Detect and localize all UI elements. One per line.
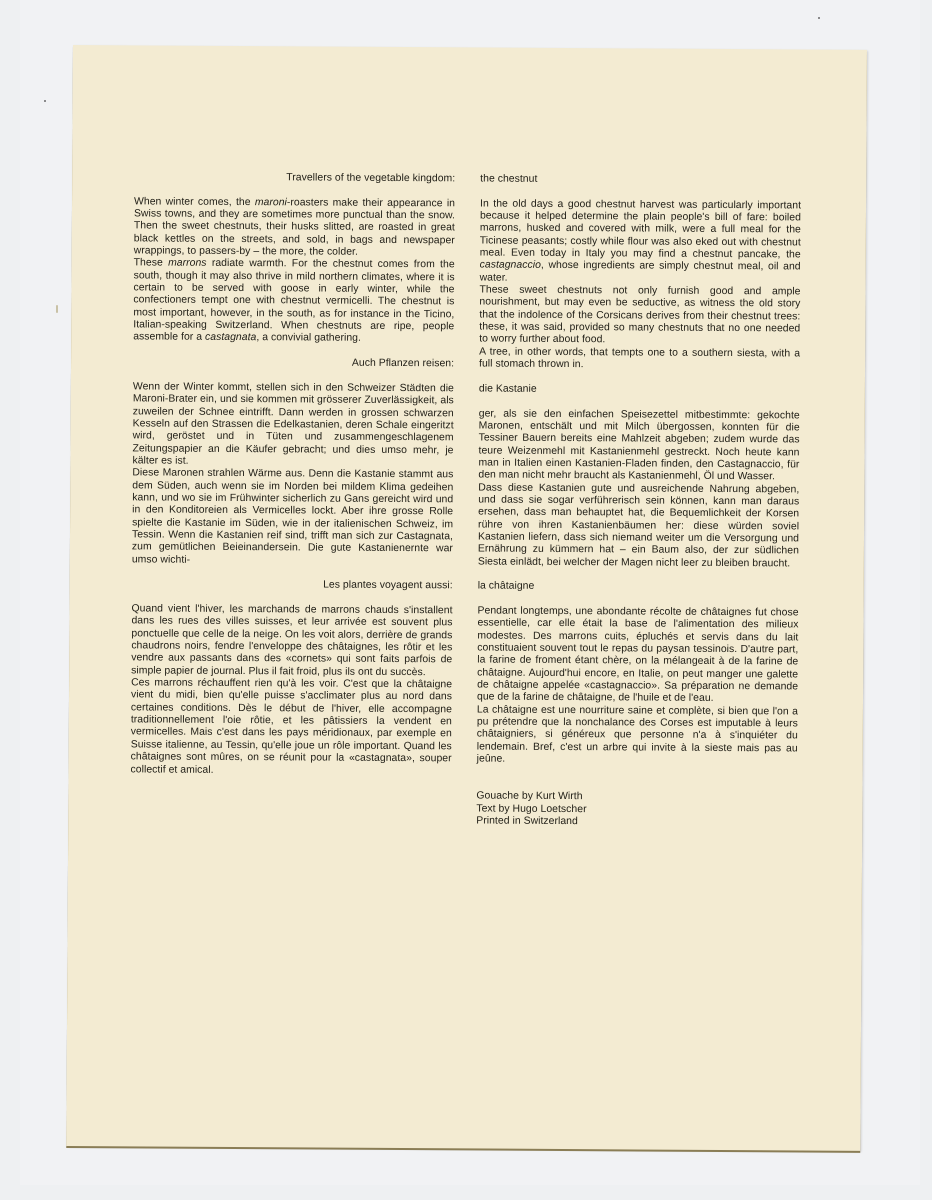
dust-speck	[44, 100, 46, 102]
italic-term: maroni	[255, 197, 287, 208]
italic-term: marrons	[168, 258, 207, 269]
paragraph: ger, als sie den einfachen Speisezettel …	[478, 408, 799, 484]
credits: Gouache by Kurt Wirth Text by Hugo Loets…	[476, 791, 797, 830]
paragraph: Wenn der Winter kommt, stellen sich in d…	[132, 381, 454, 469]
paragraph: These marrons radiate warmth. For the ch…	[133, 258, 455, 346]
article-section: die Kastanieger, als sie den einfachen S…	[478, 371, 800, 570]
article-section: Travellers of the vegetable kingdom:When…	[133, 171, 455, 346]
paragraph: Quand vient l'hiver, les marchands de ma…	[131, 603, 452, 679]
article-section: the chestnutIn the old days a good chest…	[479, 173, 801, 372]
paragraph: Ces marrons réchauffent rien qu'à les vo…	[131, 677, 453, 778]
paragraph: Dass diese Kastanien gute und ausreichen…	[478, 482, 800, 570]
section-heading: die Kastanie	[479, 383, 800, 397]
italic-term: castagnaccio	[480, 260, 541, 271]
paragraph: When winter comes, the maroni-roasters m…	[134, 196, 455, 260]
paragraph: These sweet chestnuts not only furnish g…	[479, 285, 800, 349]
section-heading: la châtaigne	[478, 581, 799, 595]
article-section: Les plantes voyagent aussi:Quand vient l…	[131, 566, 453, 778]
section-heading: the chestnut	[480, 173, 801, 187]
italic-term: castagnata	[205, 332, 256, 343]
dust-speck	[818, 17, 820, 19]
dust-speck	[56, 305, 58, 313]
paragraph: A tree, in other words, that tempts one …	[479, 346, 800, 373]
article-section: la châtaignePendant longtemps, une abond…	[477, 568, 799, 767]
paragraph: Pendant longtemps, une abondante récolte…	[477, 606, 799, 707]
paragraph: La châtaigne est une nourriture saine et…	[477, 704, 798, 768]
credit-printed: Printed in Switzerland	[476, 815, 797, 829]
paper-sheet: Travellers of the vegetable kingdom:When…	[66, 45, 867, 1151]
paragraph: Diese Maronen strahlen Wärme aus. Denn d…	[132, 468, 454, 569]
article-section: Auch Pflanzen reisen:Wenn der Winter kom…	[132, 344, 454, 568]
right-column: the chestnutIn the old days a good chest…	[476, 173, 801, 829]
paragraph: In the old days a good chestnut harvest …	[480, 198, 802, 286]
left-column: Travellers of the vegetable kingdom:When…	[131, 171, 456, 778]
